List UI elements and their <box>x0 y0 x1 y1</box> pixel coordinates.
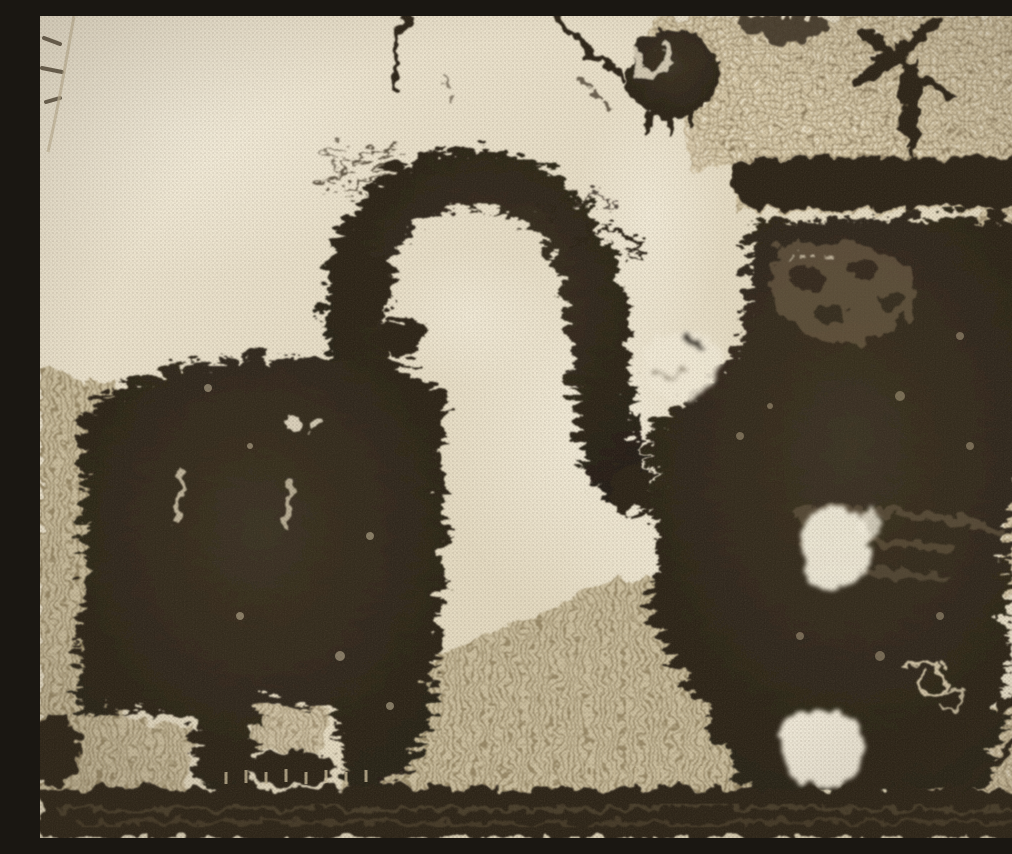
textile-photo <box>40 16 1012 838</box>
photo-frame <box>40 16 1012 838</box>
vignette <box>40 16 1012 838</box>
